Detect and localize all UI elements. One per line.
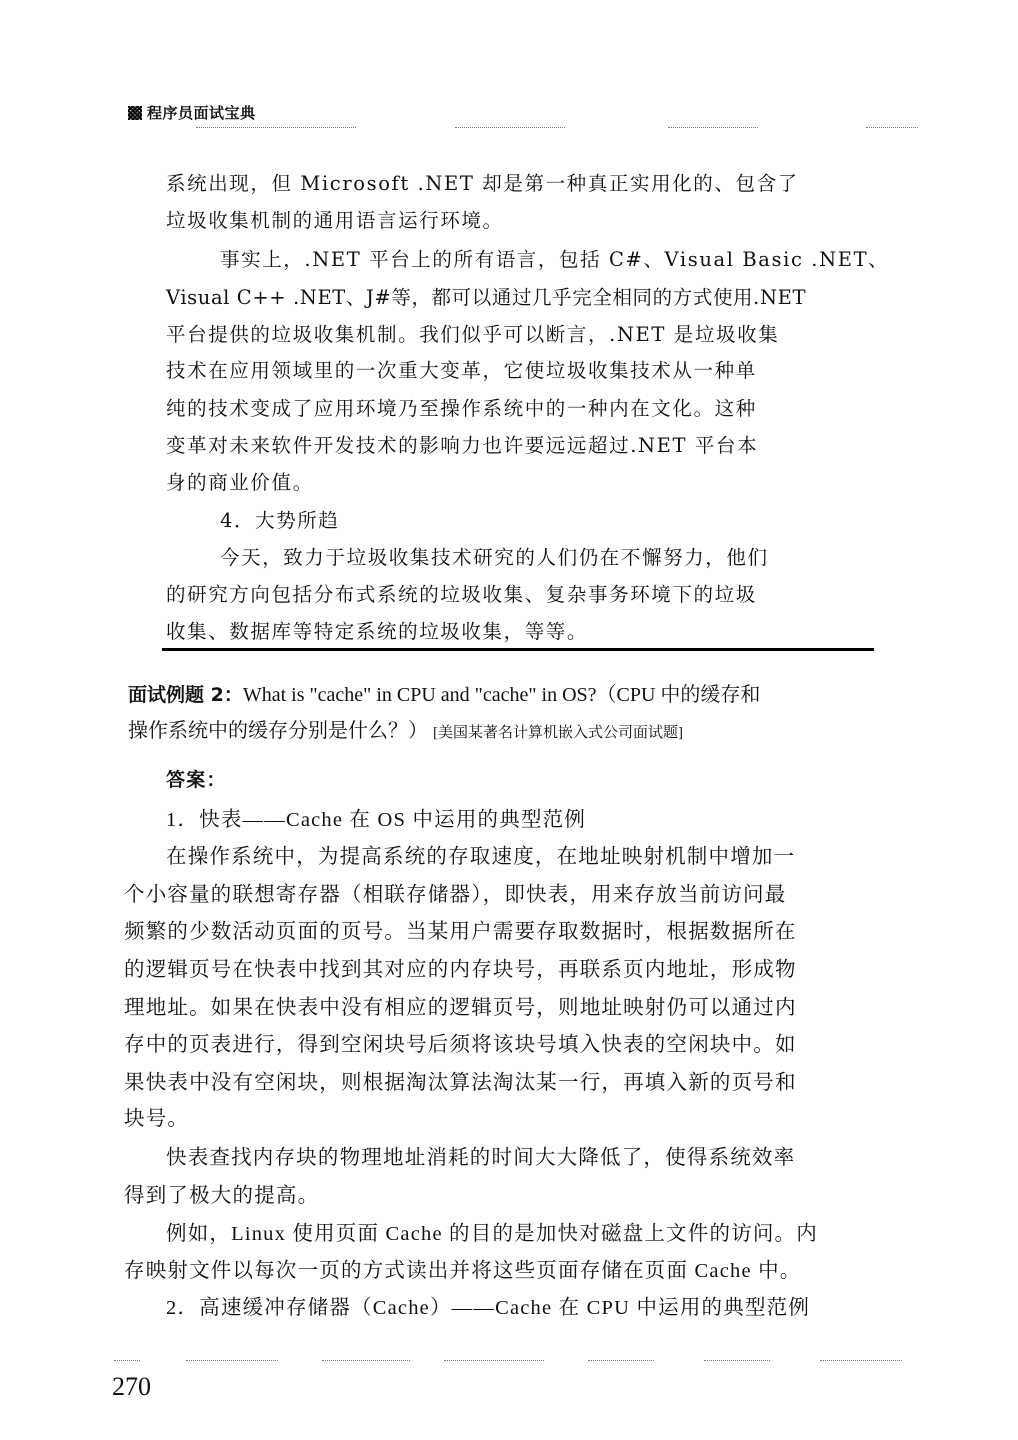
book-title: 程序员面试宝典	[147, 102, 256, 123]
answer-line: 例如，Linux 使用页面 Cache 的目的是加快对磁盘上文件的访问。内	[166, 1216, 818, 1246]
subheading: 4．大势所趋	[220, 509, 340, 533]
paragraph-line: 系统出现，但 Microsoft .NET 却是第一种真正实用化的、包含了	[166, 172, 799, 196]
answer-line: 块号。	[124, 1101, 189, 1131]
answer-line: 在操作系统中，为提高系统的存取速度，在地址映射机制中增加一	[166, 839, 795, 869]
paragraph-line: 今天，致力于垃圾收集技术研究的人们仍在不懈努力，他们	[220, 546, 769, 570]
answer-line: 存中的页表进行，得到空闲块号后须将该块号填入快表的空闲块中。如	[124, 1027, 797, 1057]
footer-dotted-rule	[322, 1360, 410, 1361]
question-line-2: 操作系统中的缓存分别是什么？） [美国某著名计算机嵌入式公司面试题]	[128, 714, 683, 743]
footer-dotted-rule	[588, 1360, 654, 1361]
header-dotted-rule	[196, 127, 356, 128]
answer-line: 个小容量的联想寄存器（相联存储器），即快表，用来存放当前访问最	[124, 877, 786, 907]
question-text: 操作系统中的缓存分别是什么？）	[128, 720, 428, 742]
footer-dotted-rule	[186, 1360, 278, 1361]
answer-line: 的逻辑页号在快表中找到其对应的内存块号，再联系页内地址，形成物	[124, 952, 797, 982]
answer-line: 存映射文件以每次一页的方式读出并将这些页面存储在页面 Cache 中。	[124, 1253, 801, 1283]
question-label: 面试例题 2：	[128, 684, 243, 706]
page-number: 270	[112, 1372, 151, 1402]
answer-heading: 2．高速缓冲存储器（Cache）——Cache 在 CPU 中运用的典型范例	[166, 1290, 810, 1320]
question-line-1: 面试例题 2：What is "cache" in CPU and "cache…	[128, 678, 760, 707]
paragraph-line: 身的商业价值。	[166, 471, 314, 495]
paragraph-line: 变革对未来软件开发技术的影响力也许要远远超过.NET 平台本	[166, 434, 758, 458]
header-dotted-rule	[455, 127, 565, 128]
footer-dotted-rule	[704, 1360, 770, 1361]
paragraph-line: Visual C++ .NET、J#等，都可以通过几乎完全相同的方式使用.NET	[166, 286, 806, 310]
question-text: What is "cache" in CPU and "cache" in OS…	[243, 684, 761, 706]
footer-dotted-rule	[820, 1360, 902, 1361]
answer-line: 理地址。如果在快表中没有相应的逻辑页号，则地址映射仍可以通过内	[124, 990, 797, 1020]
answer-heading: 1．快表——Cache 在 OS 中运用的典型范例	[166, 802, 586, 832]
footer-dotted-rule	[444, 1360, 544, 1361]
answer-line: 快表查找内存块的物理地址消耗的时间大大降低了，使得系统效率	[166, 1140, 795, 1170]
book-pattern-icon	[128, 106, 142, 120]
paragraph-line: 纯的技术变成了应用环境乃至操作系统中的一种内在文化。这种	[166, 397, 757, 421]
answer-label: 答案：	[166, 765, 227, 792]
paragraph-line: 的研究方向包括分布式系统的垃圾收集、复杂事务环境下的垃圾	[166, 583, 757, 607]
paragraph-line: 平台提供的垃圾收集机制。我们似乎可以断言，.NET 是垃圾收集	[166, 323, 779, 347]
answer-line: 得到了极大的提高。	[124, 1178, 319, 1208]
paragraph-line: 事实上，.NET 平台上的所有语言，包括 C#、Visual Basic .NE…	[220, 248, 889, 272]
book-page: 程序员面试宝典 系统出现，但 Microsoft .NET 却是第一种真正实用化…	[0, 0, 1018, 1440]
section-divider	[162, 648, 874, 651]
header-dotted-rule	[668, 127, 758, 128]
question-source: [美国某著名计算机嵌入式公司面试题]	[433, 725, 683, 741]
paragraph-line: 技术在应用领域里的一次重大变革，它使垃圾收集技术从一种单	[166, 359, 757, 383]
answer-line: 频繁的少数活动页面的页号。当某用户需要存取数据时，根据数据所在	[124, 914, 797, 944]
footer-dotted-rule	[114, 1360, 140, 1361]
paragraph-line: 收集、数据库等特定系统的垃圾收集，等等。	[166, 620, 588, 644]
paragraph-line: 垃圾收集机制的通用语言运行环境。	[166, 209, 504, 233]
header-dotted-rule	[866, 127, 918, 128]
running-header: 程序员面试宝典	[128, 102, 256, 123]
answer-line: 果快表中没有空闲块，则根据淘汰算法淘汰某一行，再填入新的页号和	[124, 1065, 797, 1095]
